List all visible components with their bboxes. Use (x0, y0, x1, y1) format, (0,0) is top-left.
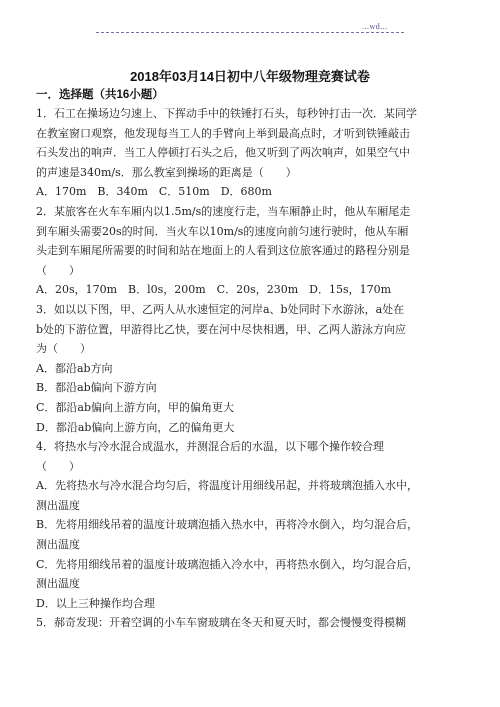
answer-option: A．先将热水与冷水混合均匀后，将温度计用细线吊起，并将玻璃泡插入水中， (36, 476, 466, 496)
text-line: 测出温度 (36, 535, 466, 555)
text-line: 为（ ） (36, 339, 466, 359)
answer-option: D．都沿ab偏向上游方向，乙的偏角更大 (36, 418, 466, 438)
text-line: （ ） (36, 261, 466, 281)
text-line: 2．某旅客在火车车厢内以1.5m/s的速度行走，当车厢静止时，他从车厢尾走 (36, 202, 466, 222)
document-body: 1．石工在操场边匀速上、下挥动手中的铁锤打石头，每秒钟打击一次．某同学 在教室窗… (36, 104, 466, 633)
answer-option: D．以上三种操作均合理 (36, 594, 466, 614)
section-heading: 一．选择题（共16小题） (36, 86, 164, 102)
text-line: 在教室窗口观察，他发现每当工人的手臂向上举到最高点时，才听到铁锤敲击 (36, 124, 466, 144)
answer-option: B．都沿ab偏向下游方向 (36, 378, 466, 398)
text-line: 测出温度 (36, 574, 466, 594)
header-mark: ...wd... (362, 22, 388, 31)
answer-option: C．先将用细线吊着的温度计玻璃泡插入冷水中，再将热水倒入，均匀混合后， (36, 555, 466, 575)
text-line: 5．郝奇发现：开着空调的小车车窗玻璃在冬天和夏天时，都会慢慢变得模糊 (36, 613, 466, 633)
text-line: 3．如以以下图，甲、乙两人从水速恒定的河岸a、b处同时下水游泳，a处在 (36, 300, 466, 320)
text-line: 的声速是340m/s．那么教室到操场的距离是（ ） (36, 163, 466, 183)
text-line: 测出温度 (36, 496, 466, 516)
text-line: 头走到车厢尾所需要的时间和站在地面上的人看到这位旅客通过的路程分别是 (36, 241, 466, 261)
answer-option: B．先将用细线吊着的温度计玻璃泡插入热水中，再将冷水倒入，均匀混合后， (36, 515, 466, 535)
answer-options: A．20s，170m B．l0s，200m C．20s，230m D．15s，1… (36, 280, 466, 300)
text-line: 1．石工在操场边匀速上、下挥动手中的铁锤打石头，每秒钟打击一次．某同学 (36, 104, 466, 124)
answer-option: A．都沿ab方向 (36, 359, 466, 379)
answer-options: A．170m B．340m C．510m D．680m (36, 182, 466, 202)
text-line: （ ） (36, 457, 466, 477)
text-line: 石头发出的响声．当工人停顿打石头之后，他又听到了两次响声，如果空气中 (36, 143, 466, 163)
text-line: b处的下游位置，甲游得比乙快，要在河中尽快相遇，甲、乙两人游泳方向应 (36, 320, 466, 340)
header-divider (96, 32, 404, 33)
answer-option: C．都沿ab偏向上游方向，甲的偏角更大 (36, 398, 466, 418)
text-line: 到车厢头需要20s的时间．当火车以10m/s的速度向前匀速行驶时，他从车厢 (36, 222, 466, 242)
document-title: 2018年03月14日初中八年级物理竞赛试卷 (0, 66, 500, 85)
text-line: 4．将热水与冷水混合成温水，并测混合后的水温，以下哪个操作较合理 (36, 437, 466, 457)
